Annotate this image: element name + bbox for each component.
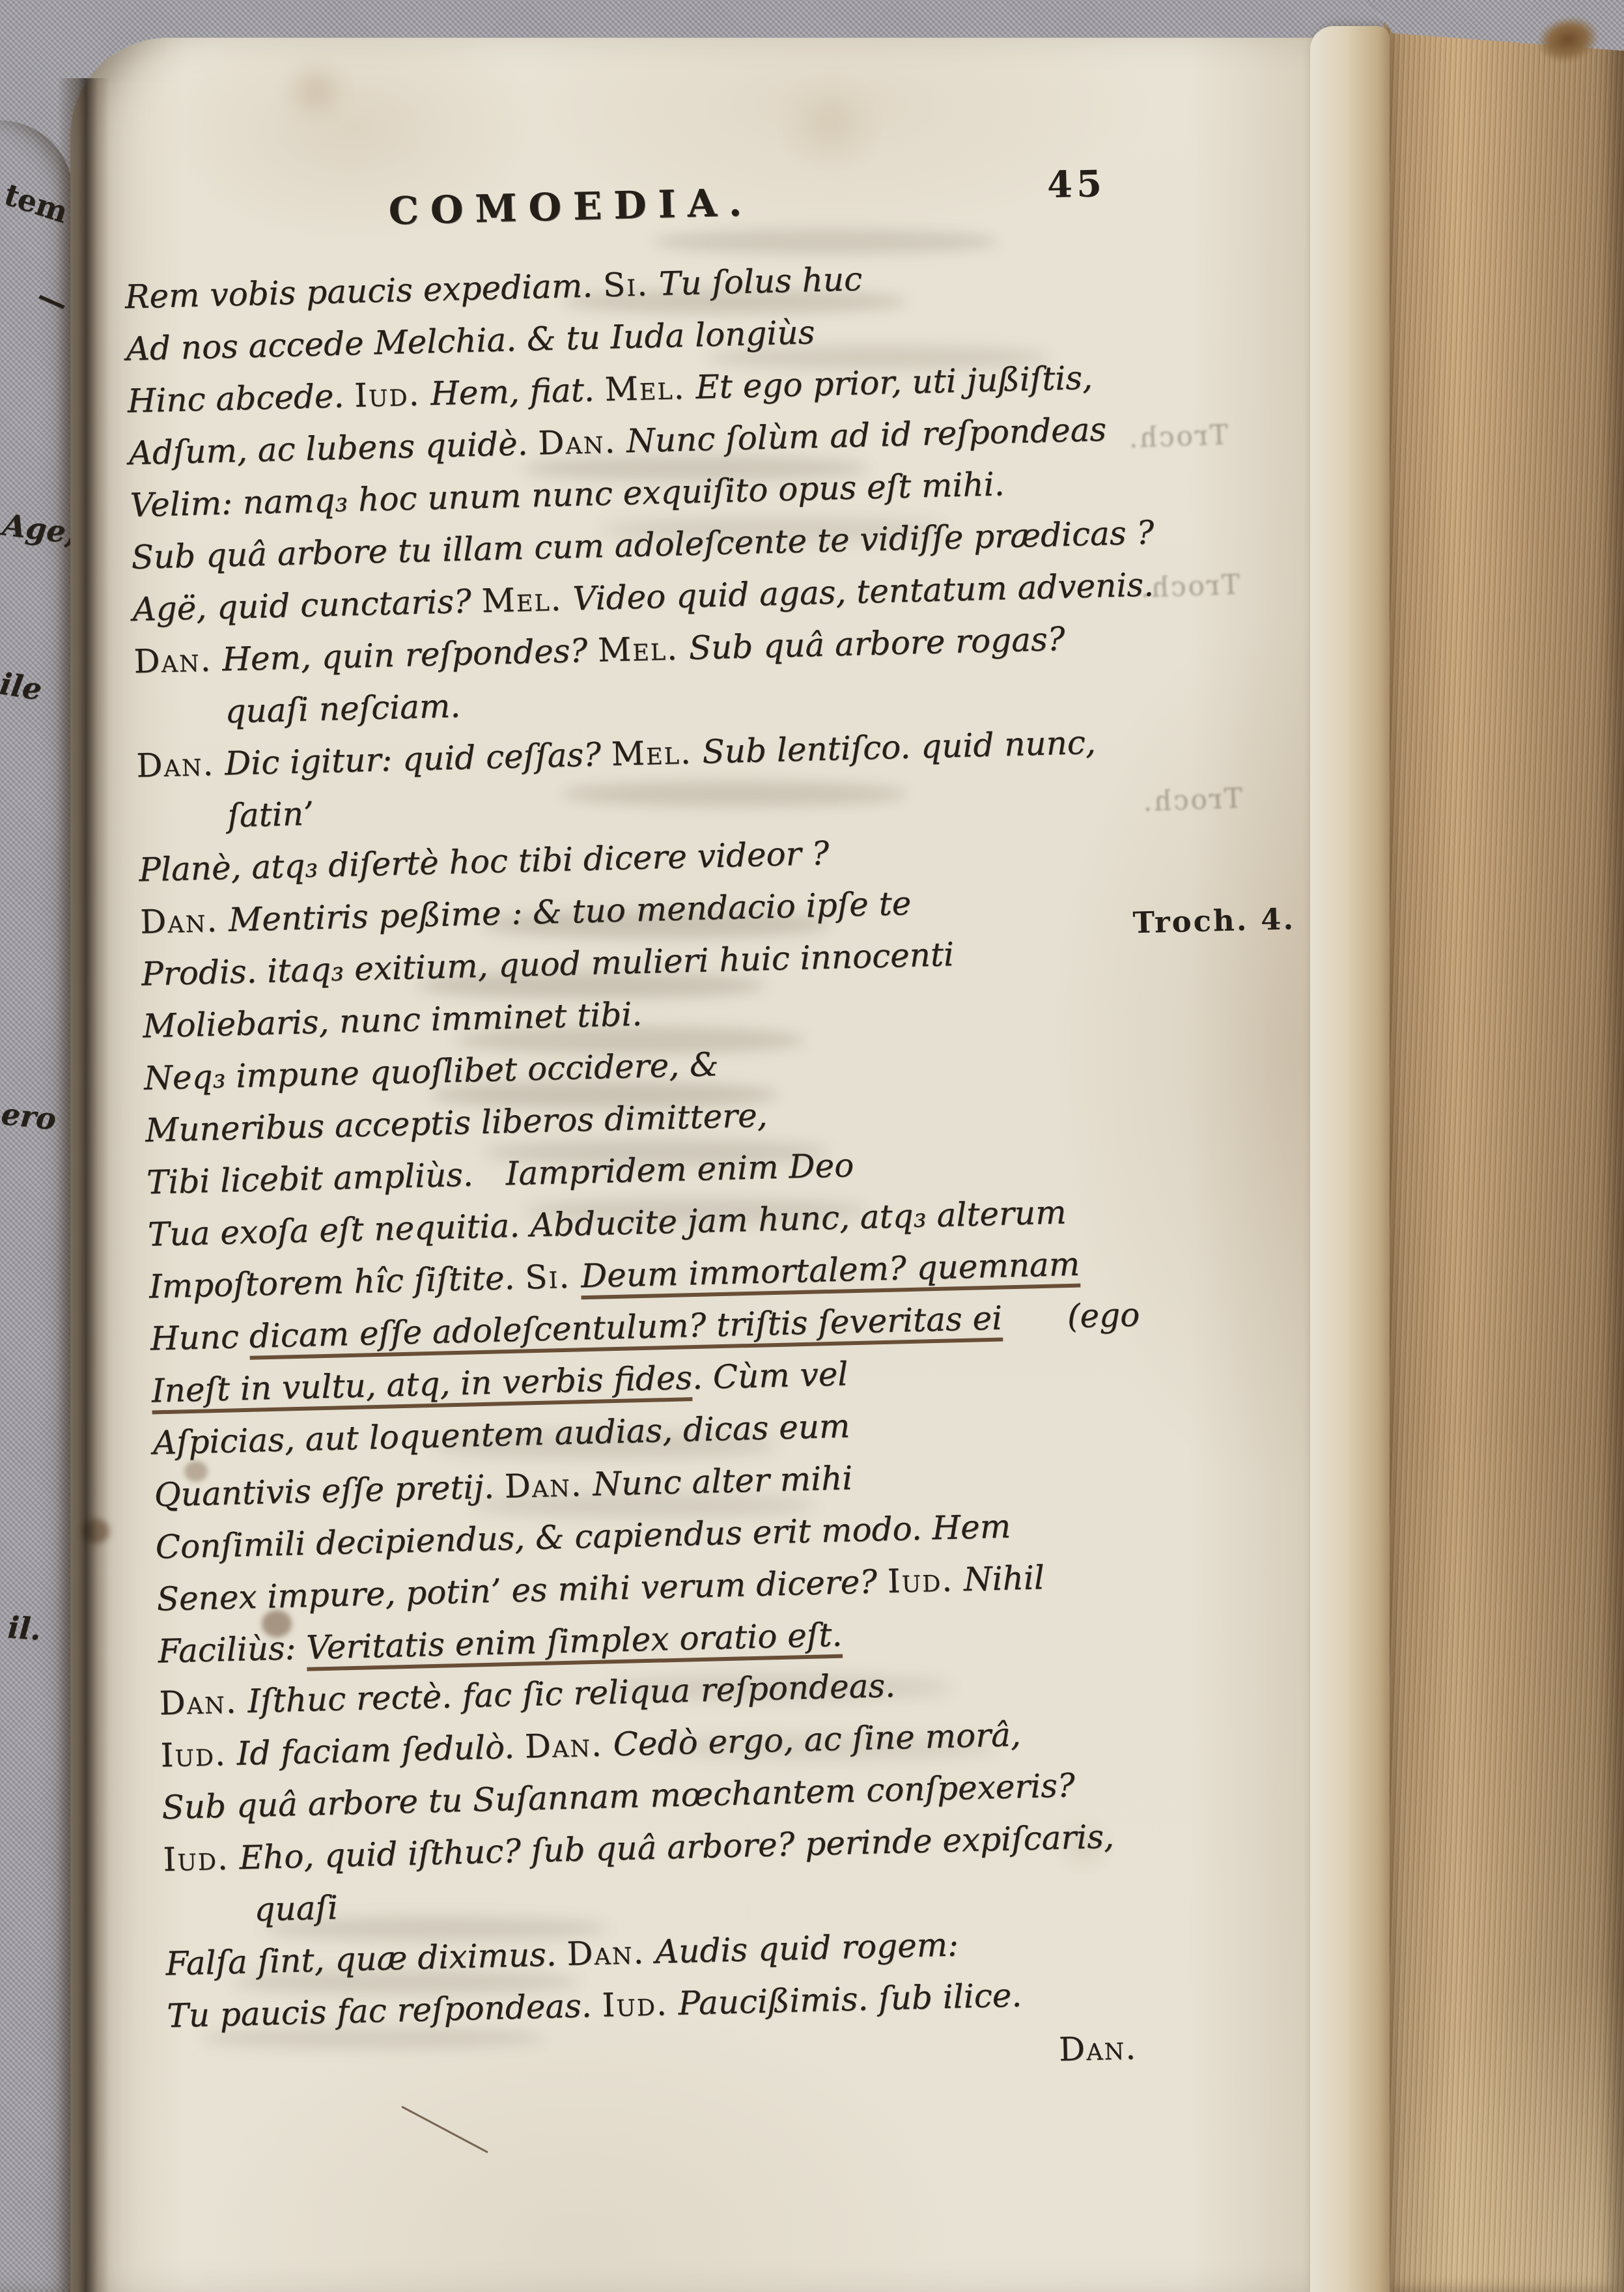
line-text: Dic igitur: quid ceſſas? [214, 735, 612, 783]
margin-note: Troch. 4. [1132, 901, 1296, 940]
line-text: (ego [1001, 1295, 1140, 1337]
speaker-label: Mel. [481, 580, 563, 620]
speaker-label: Iud. [163, 1839, 230, 1878]
speaker-label: Dan. [567, 1933, 645, 1973]
line-text: Hem, quin reſpondes? [212, 631, 598, 678]
line-text: Audis quid rogem: [645, 1925, 959, 1971]
line-text: Iſthuc rectè. fac ſic reliqua reſpondeas… [237, 1667, 896, 1721]
page-number: 45 [1046, 162, 1106, 206]
speaker-label: Dan. [140, 901, 219, 941]
line-text: Moliebaris, nunc imminet tibi. [142, 995, 642, 1045]
speaker-label: Dan. [159, 1682, 238, 1722]
line-text: Tu ſolus huc [648, 260, 862, 303]
line-text: Ad nos accede Melchia. & tu Iuda longiùs [126, 313, 815, 368]
page-curled-edge [1310, 26, 1390, 2292]
line-text: Mentiris peßime : & tuo mendacio ipſe te [217, 884, 912, 939]
speaker-label: Dan. [133, 641, 212, 681]
line-text: Adſum, ac lubens quidè. [128, 425, 539, 472]
line-text: Tibi licebit ampliùs. Iampridem enim Deo [146, 1146, 854, 1202]
line-text: Paucißimis. ſub ilice. [667, 1976, 1022, 2022]
line-text: Quantivis eſſe pretij. [154, 1467, 505, 1514]
speaker-label: Dan. [504, 1465, 583, 1505]
line-text: Tu paucis fac reſpondeas. [167, 1987, 603, 2035]
line-text: quaſi [254, 1889, 339, 1929]
book-gutter-shadow [57, 78, 109, 2292]
line-text: . Cùm vel [692, 1355, 848, 1396]
speaker-label: Si. [524, 1258, 570, 1297]
line-text: Agë, quid cunctaris? [132, 582, 482, 629]
speaker-label: Iud. [887, 1561, 954, 1600]
line-text: Neq₃ impune quoſlibet occidere, & [143, 1045, 719, 1097]
line-text: Hem, fiat. [420, 371, 606, 413]
facing-page-text-fragment: il. [7, 1609, 42, 1647]
line-text: Et ego prior, uti jußiſtis, [685, 359, 1093, 406]
line-text: Rem vobis paucis expediam. [124, 266, 604, 316]
text-lines: Rem vobis paucis expediam. Si. Tu ſolus … [124, 246, 1183, 2042]
speaker-label: Mel. [597, 629, 679, 669]
line-text: Nunc ſolùm ad id reſpondeas [615, 410, 1106, 460]
speaker-label: Mel. [611, 733, 692, 773]
facing-page-text-fragment: ile [0, 666, 44, 707]
speaker-label: Dan. [136, 745, 215, 785]
book-photo: { "book": { "header": { "title": "COMOED… [0, 0, 1624, 2292]
line-text: Hunc [150, 1318, 249, 1358]
line-text: quaſi neſciam. [225, 687, 461, 731]
line-text: Sub quâ arbore rogas? [678, 620, 1065, 667]
speaker-label: Iud. [354, 375, 421, 414]
speaker-label: Dan. [538, 423, 617, 462]
speaker-label: Iud. [602, 1985, 669, 2024]
line-text: Impoſtorem hîc ſiſtite. [148, 1258, 525, 1305]
page-title: COMOEDIA. [388, 180, 754, 233]
speaker-label: Iud. [160, 1735, 227, 1774]
line-text: Hinc abcede. [127, 376, 355, 419]
line-text: ſatin’ [227, 795, 315, 834]
speaker-label: Si. [602, 265, 649, 304]
line-text: Falſa ſint, quæ diximus. [165, 1935, 567, 1983]
page-stack-fore-edge [1384, 0, 1624, 2292]
catchword-text: Dan. [1058, 2029, 1137, 2069]
line-text: Id faciam ſedulò. [226, 1728, 525, 1773]
line-text: Nunc alter mihi [582, 1459, 853, 1503]
line-text: Faciliùs: [158, 1629, 307, 1671]
printed-text-block: COMOEDIA. 45 Rem vobis paucis expediam. … [122, 171, 1184, 2090]
line-text: Nihil [953, 1559, 1044, 1598]
line-text: Cedò ergo, ac ſine morâ, [602, 1716, 1021, 1764]
line-text: Aſpicias, aut loquentem audias, dicas eu… [152, 1407, 850, 1462]
facing-page-text-fragment: ero [0, 1096, 58, 1137]
line-text: Planè, atq₃ diſertè hoc tibi dicere vide… [139, 834, 830, 889]
speaker-label: Mel. [604, 369, 686, 408]
line-text: Video quid agas, tentatum advenis. [562, 565, 1155, 617]
book-page: Troch.Troch.Troch. COMOEDIA. 45 Rem vobi… [70, 38, 1341, 2292]
speaker-label: Dan. [524, 1726, 603, 1766]
line-text [570, 1257, 581, 1295]
line-text: Muneribus acceptis liberos dimittere, [145, 1096, 768, 1149]
line-text: Sub lentiſco. quid nunc, [692, 724, 1096, 771]
